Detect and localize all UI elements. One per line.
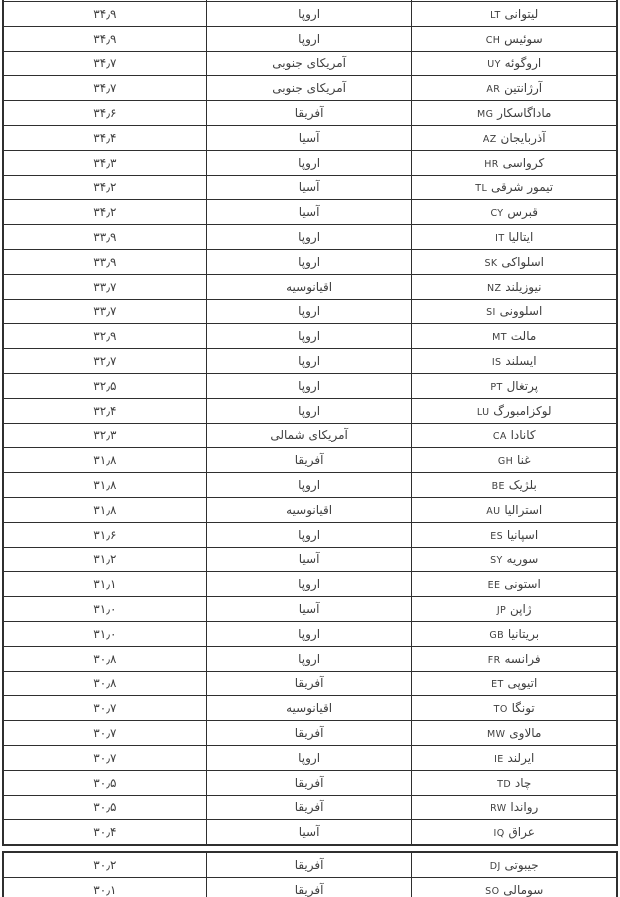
country-name: مالاوی	[509, 726, 541, 740]
table-row: اروگوئه UYآمریکای جنوبی۳۴٫۷	[3, 51, 617, 76]
table-row: استرالیا AUاقیانوسیه۳۱٫۸	[3, 497, 617, 522]
continent-cell: اروپا	[206, 349, 412, 374]
country-cell: مالاوی MW	[412, 721, 617, 746]
country-iso-code: AU	[486, 506, 500, 517]
continent-cell: اروپا	[206, 745, 412, 770]
value-cell: ۳۰٫۸	[3, 646, 206, 671]
country-cell: اسپانیا ES	[412, 522, 617, 547]
country-name: اروگوئه	[505, 56, 542, 70]
value-cell: ۳۳٫۹	[3, 249, 206, 274]
country-iso-code: JP	[497, 605, 506, 616]
country-iso-code: MG	[477, 109, 493, 120]
value-cell: ۳۱٫۶	[3, 522, 206, 547]
table-row: مالت MTاروپا۳۲٫۹	[3, 324, 617, 349]
country-name: قبرس	[507, 205, 538, 219]
country-name: ایتالیا	[508, 230, 533, 244]
table-row: عراق IQآسیا۳۰٫۴	[3, 820, 617, 845]
continent-cell: اروپا	[206, 522, 412, 547]
country-cell: کرواسی HR	[412, 150, 617, 175]
table-row: ایرلند IEاروپا۳۰٫۷	[3, 745, 617, 770]
country-iso-code: AZ	[483, 134, 497, 145]
value-cell: ۳۴٫۹	[3, 2, 206, 27]
table-row: رواندا RWآفریقا۳۰٫۵	[3, 795, 617, 820]
country-cell: لوکزامبورگ LU	[412, 398, 617, 423]
continent-cell: اروپا	[206, 324, 412, 349]
continent-cell: آفریقا	[206, 101, 412, 126]
country-cell: سوریه SY	[412, 547, 617, 572]
table-row: سوریه SYآسیا۳۱٫۲	[3, 547, 617, 572]
table-row: آرژانتین ARآمریکای جنوبی۳۴٫۷	[3, 76, 617, 101]
country-cell: سوئیس CH	[412, 26, 617, 51]
continent-cell: اروپا	[206, 26, 412, 51]
country-iso-code: SK	[484, 258, 497, 269]
country-name: بلژیک	[509, 478, 537, 492]
country-name: کانادا	[511, 428, 536, 442]
table-row: تونگا TOاقیانوسیه۳۰٫۷	[3, 696, 617, 721]
table-row: لوکزامبورگ LUاروپا۳۲٫۴	[3, 398, 617, 423]
continent-cell: اقیانوسیه	[206, 497, 412, 522]
country-iso-code: UY	[487, 59, 501, 70]
continent-cell: آسیا	[206, 820, 412, 845]
country-cell: اروگوئه UY	[412, 51, 617, 76]
country-iso-code: TO	[494, 704, 508, 715]
country-cell: اسلواکی SK	[412, 249, 617, 274]
value-cell: ۳۱٫۰	[3, 621, 206, 646]
value-cell: ۳۴٫۷	[3, 76, 206, 101]
country-iso-code: MT	[492, 332, 507, 343]
country-name: تونگا	[512, 701, 535, 715]
country-cell: عراق IQ	[412, 820, 617, 845]
continent-cell: اروپا	[206, 473, 412, 498]
continent-cell: اقیانوسیه	[206, 696, 412, 721]
continent-cell: آمریکای شمالی	[206, 423, 412, 448]
table-row: آذربایجان AZآسیا۳۴٫۴	[3, 125, 617, 150]
country-iso-code: FR	[488, 655, 501, 666]
country-cell: ژاپن JP	[412, 597, 617, 622]
value-cell: ۳۲٫۵	[3, 373, 206, 398]
table-row: مالاوی MWآفریقا۳۰٫۷	[3, 721, 617, 746]
country-name: اسلوونی	[500, 304, 543, 318]
continent-cell: اروپا	[206, 299, 412, 324]
country-name: غنا	[517, 453, 531, 467]
table-row: بریتانیا GBاروپا۳۱٫۰	[3, 621, 617, 646]
country-cell: لیتوانی LT	[412, 2, 617, 27]
country-iso-code: BE	[492, 481, 505, 492]
table-row: بلژیک BEاروپا۳۱٫۸	[3, 473, 617, 498]
country-name: فرانسه	[504, 652, 540, 666]
table-row: سومالی SOآفریقا۳۰٫۱	[3, 877, 617, 897]
continent-cell: آسیا	[206, 125, 412, 150]
country-name: تیمور شرقی	[491, 180, 553, 194]
table-row: چاد TDآفریقا۳۰٫۵	[3, 770, 617, 795]
continent-cell: اروپا	[206, 150, 412, 175]
country-iso-code: SY	[490, 555, 503, 566]
country-name: اتیوپی	[508, 676, 538, 690]
country-name: سوئیس	[504, 32, 543, 46]
country-iso-code: HR	[484, 159, 499, 170]
value-cell: ۳۱٫۰	[3, 597, 206, 622]
country-iso-code: TD	[497, 779, 511, 790]
value-cell: ۳۰٫۷	[3, 721, 206, 746]
table-row: پرتغال PTاروپا۳۲٫۵	[3, 373, 617, 398]
country-cell: قبرس CY	[412, 200, 617, 225]
country-name: مالت	[511, 329, 537, 343]
country-name: سومالی	[503, 883, 543, 897]
continent-cell: اروپا	[206, 398, 412, 423]
value-cell: ۳۲٫۷	[3, 349, 206, 374]
value-cell: ۳۱٫۲	[3, 547, 206, 572]
country-cell: غنا GH	[412, 448, 617, 473]
value-cell: ۳۳٫۷	[3, 299, 206, 324]
table-row: لیتوانی LTاروپا۳۴٫۹	[3, 2, 617, 27]
country-iso-code: EE	[488, 580, 501, 591]
value-cell: ۳۴٫۷	[3, 51, 206, 76]
continent-cell: آفریقا	[206, 448, 412, 473]
value-cell: ۳۱٫۱	[3, 572, 206, 597]
country-cell: بلژیک BE	[412, 473, 617, 498]
country-iso-code: GB	[489, 630, 504, 641]
country-name: لوکزامبورگ	[493, 404, 551, 418]
countries-table-continued-body: جیبوتی DJآفریقا۳۰٫۲سومالی SOآفریقا۳۰٫۱	[3, 852, 617, 897]
continent-cell: آفریقا	[206, 795, 412, 820]
country-cell: ایتالیا IT	[412, 225, 617, 250]
country-name: عراق	[508, 825, 534, 839]
country-cell: آرژانتین AR	[412, 76, 617, 101]
country-name: چاد	[515, 776, 531, 790]
table-row: ایسلند ISاروپا۳۲٫۷	[3, 349, 617, 374]
country-cell: بریتانیا GB	[412, 621, 617, 646]
countries-table-body: لیتوانی LTاروپا۳۴٫۹سوئیس CHاروپا۳۴٫۹اروگ…	[3, 0, 617, 845]
country-iso-code: AR	[486, 84, 500, 95]
continent-cell: آسیا	[206, 597, 412, 622]
continent-cell: اروپا	[206, 373, 412, 398]
value-cell: ۳۴٫۳	[3, 150, 206, 175]
country-name: ایرلند	[508, 751, 535, 765]
country-iso-code: CA	[493, 431, 507, 442]
country-cell: استونی EE	[412, 572, 617, 597]
country-cell: تونگا TO	[412, 696, 617, 721]
country-cell: پرتغال PT	[412, 373, 617, 398]
value-cell: ۳۳٫۷	[3, 274, 206, 299]
country-cell: جیبوتی DJ	[412, 852, 617, 877]
countries-table-continued: جیبوتی DJآفریقا۳۰٫۲سومالی SOآفریقا۳۰٫۱	[2, 851, 618, 897]
table-row: کرواسی HRاروپا۳۴٫۳	[3, 150, 617, 175]
table-row: ماداگاسکار MGآفریقا۳۴٫۶	[3, 101, 617, 126]
country-iso-code: IE	[494, 754, 504, 765]
value-cell: ۳۰٫۷	[3, 745, 206, 770]
country-iso-code: ET	[491, 679, 504, 690]
country-cell: نیوزیلند NZ	[412, 274, 617, 299]
value-cell: ۳۴٫۲	[3, 175, 206, 200]
table-row: ایتالیا ITاروپا۳۳٫۹	[3, 225, 617, 250]
country-name: پرتغال	[507, 379, 538, 393]
country-cell: چاد TD	[412, 770, 617, 795]
countries-table: لیتوانی LTاروپا۳۴٫۹سوئیس CHاروپا۳۴٫۹اروگ…	[2, 0, 618, 846]
continent-cell: آفریقا	[206, 852, 412, 877]
country-cell: سومالی SO	[412, 877, 617, 897]
value-cell: ۳۲٫۴	[3, 398, 206, 423]
country-cell: کانادا CA	[412, 423, 617, 448]
value-cell: ۳۲٫۳	[3, 423, 206, 448]
table-row: سوئیس CHاروپا۳۴٫۹	[3, 26, 617, 51]
country-iso-code: PT	[490, 382, 502, 393]
country-cell: ماداگاسکار MG	[412, 101, 617, 126]
value-cell: ۳۰٫۵	[3, 770, 206, 795]
country-name: آرژانتین	[504, 81, 542, 95]
value-cell: ۳۰٫۸	[3, 671, 206, 696]
country-iso-code: CY	[490, 208, 503, 219]
value-cell: ۳۳٫۹	[3, 225, 206, 250]
country-name: استرالیا	[504, 503, 542, 517]
table-row: غنا GHآفریقا۳۱٫۸	[3, 448, 617, 473]
country-name: بریتانیا	[508, 627, 539, 641]
country-iso-code: LT	[490, 10, 501, 21]
country-iso-code: CH	[486, 35, 501, 46]
country-cell: اسلوونی SI	[412, 299, 617, 324]
country-cell: رواندا RW	[412, 795, 617, 820]
country-name: اسلواکی	[501, 255, 544, 269]
country-iso-code: ES	[490, 531, 503, 542]
continent-cell: آفریقا	[206, 671, 412, 696]
table-row: اسپانیا ESاروپا۳۱٫۶	[3, 522, 617, 547]
table-row: استونی EEاروپا۳۱٫۱	[3, 572, 617, 597]
continent-cell: آسیا	[206, 200, 412, 225]
country-cell: استرالیا AU	[412, 497, 617, 522]
country-iso-code: RW	[490, 803, 506, 814]
value-cell: ۳۱٫۸	[3, 473, 206, 498]
value-cell: ۳۰٫۵	[3, 795, 206, 820]
continent-cell: آفریقا	[206, 877, 412, 897]
country-iso-code: GH	[498, 456, 513, 467]
continent-cell: اروپا	[206, 621, 412, 646]
country-iso-code: MW	[487, 729, 505, 740]
value-cell: ۳۴٫۶	[3, 101, 206, 126]
country-name: اسپانیا	[507, 528, 538, 542]
country-name: نیوزیلند	[505, 280, 541, 294]
continent-cell: اقیانوسیه	[206, 274, 412, 299]
continent-cell: اروپا	[206, 646, 412, 671]
continent-cell: آفریقا	[206, 770, 412, 795]
table-row: نیوزیلند NZاقیانوسیه۳۳٫۷	[3, 274, 617, 299]
country-cell: مالت MT	[412, 324, 617, 349]
country-iso-code: NZ	[487, 283, 501, 294]
country-iso-code: IQ	[494, 828, 505, 839]
country-name: ماداگاسکار	[497, 106, 551, 120]
country-iso-code: DJ	[490, 861, 501, 872]
country-cell: ایسلند IS	[412, 349, 617, 374]
continent-cell: اروپا	[206, 249, 412, 274]
country-cell: تیمور شرقی TL	[412, 175, 617, 200]
country-iso-code: IS	[492, 357, 502, 368]
value-cell: ۳۰٫۲	[3, 852, 206, 877]
continent-cell: اروپا	[206, 225, 412, 250]
table-row: کانادا CAآمریکای شمالی۳۲٫۳	[3, 423, 617, 448]
table-row: اتیوپی ETآفریقا۳۰٫۸	[3, 671, 617, 696]
continent-cell: آسیا	[206, 547, 412, 572]
country-name: سوریه	[507, 552, 539, 566]
page-viewport: لیتوانی LTاروپا۳۴٫۹سوئیس CHاروپا۳۴٫۹اروگ…	[0, 0, 620, 897]
continent-cell: آمریکای جنوبی	[206, 51, 412, 76]
table-row: جیبوتی DJآفریقا۳۰٫۲	[3, 852, 617, 877]
value-cell: ۳۱٫۸	[3, 448, 206, 473]
value-cell: ۳۰٫۷	[3, 696, 206, 721]
country-cell: اتیوپی ET	[412, 671, 617, 696]
value-cell: ۳۲٫۹	[3, 324, 206, 349]
country-name: لیتوانی	[505, 7, 539, 21]
value-cell: ۳۰٫۴	[3, 820, 206, 845]
country-name: رواندا	[510, 800, 538, 814]
value-cell: ۳۴٫۲	[3, 200, 206, 225]
country-name: کرواسی	[503, 156, 545, 170]
value-cell: ۳۴٫۹	[3, 26, 206, 51]
table-row: فرانسه FRاروپا۳۰٫۸	[3, 646, 617, 671]
continent-cell: آمریکای جنوبی	[206, 76, 412, 101]
country-name: استونی	[504, 577, 541, 591]
table-row: قبرس CYآسیا۳۴٫۲	[3, 200, 617, 225]
continent-cell: آفریقا	[206, 721, 412, 746]
table-row: اسلوونی SIاروپا۳۳٫۷	[3, 299, 617, 324]
value-cell: ۳۱٫۸	[3, 497, 206, 522]
country-iso-code: LU	[477, 407, 490, 418]
country-cell: ایرلند IE	[412, 745, 617, 770]
continent-cell: اروپا	[206, 2, 412, 27]
table-row: تیمور شرقی TLآسیا۳۴٫۲	[3, 175, 617, 200]
country-name: جیبوتی	[504, 858, 538, 872]
continent-cell: آسیا	[206, 175, 412, 200]
value-cell: ۳۴٫۴	[3, 125, 206, 150]
country-cell: آذربایجان AZ	[412, 125, 617, 150]
table-row: اسلواکی SKاروپا۳۳٫۹	[3, 249, 617, 274]
value-cell: ۳۰٫۱	[3, 877, 206, 897]
country-name: آذربایجان	[501, 131, 546, 145]
table-row: ژاپن JPآسیا۳۱٫۰	[3, 597, 617, 622]
continent-cell: اروپا	[206, 572, 412, 597]
country-iso-code: SO	[485, 886, 499, 897]
country-name: ژاپن	[510, 602, 532, 616]
country-name: ایسلند	[505, 354, 536, 368]
country-iso-code: IT	[495, 233, 504, 244]
country-iso-code: TL	[475, 183, 487, 194]
country-cell: فرانسه FR	[412, 646, 617, 671]
country-iso-code: SI	[486, 307, 496, 318]
